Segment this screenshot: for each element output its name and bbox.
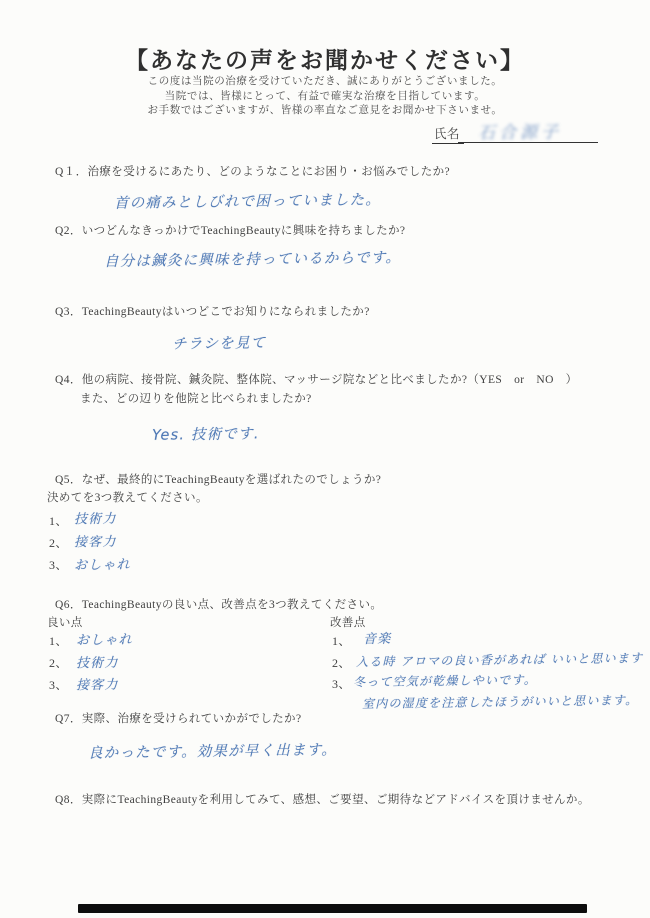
q6-good-points-header: 良い点 <box>47 614 83 630</box>
q5-item1-number: 1、 <box>49 512 68 529</box>
q7-answer: 良かったです。効果が早く出ます。 <box>88 738 337 762</box>
intro-line-2: 当院では、皆様にとって、有益で確実な治療を目指しています。 <box>0 89 650 104</box>
q5-item3-answer: おしゃれ <box>74 554 131 574</box>
q6-improve2-answer: 入る時 アロマの良い香があれば いいと思います <box>356 649 643 670</box>
q6-good3-number: 3、 <box>49 676 68 693</box>
intro-line-3: お手数ではございますが、皆様の率直なご意見をお聞かせ下さいませ。 <box>0 103 650 118</box>
q5-question-line1: Q5．なぜ、最終的にTeachingBeautyを選ばれたのでしょうか? <box>55 471 381 487</box>
q5-item2-answer: 接客力 <box>74 531 117 551</box>
q5-item2-number: 2、 <box>49 534 68 551</box>
q6-good3-answer: 接客力 <box>76 674 119 694</box>
survey-form-page: 【あなたの声をお聞かせください】 この度は当院の治療を受けていただき、誠にありが… <box>0 0 650 918</box>
q6-good2-answer: 技術力 <box>76 652 119 672</box>
name-handwritten-value: 石合源子 <box>478 117 562 143</box>
q5-item1-answer: 技術力 <box>74 508 117 528</box>
form-title: 【あなたの声をお聞かせください】 <box>0 42 650 75</box>
q6-improve3-answer-continued: 室内の湿度を注意したほうがいいと思います。 <box>362 691 638 712</box>
q5-item3-number: 3、 <box>49 556 68 573</box>
q2-question: Q2．いつどんなきっかけでTeachingBeautyに興味を持ちましたか? <box>55 222 405 238</box>
q7-question: Q7．実際、治療を受けられていかがでしたか? <box>55 710 301 726</box>
q6-good1-answer: おしゃれ <box>76 629 133 649</box>
q4-answer: Yes. 技術です. <box>152 422 260 445</box>
q8-question: Q8．実際にTeachingBeautyを利用してみて、感想、ご要望、ご期待など… <box>55 791 590 807</box>
q4-question-line2: また、どの辺りを他院と比べられましたか? <box>80 390 312 406</box>
q3-answer: チラシを見て <box>172 331 266 353</box>
q5-question-line2: 決めてを3つ教えてください。 <box>47 489 208 505</box>
q3-question: Q3．TeachingBeautyはいつどこでお知りになられましたか? <box>55 303 370 319</box>
intro-line-1: この度は当院の治療を受けていただき、誠にありがとうございました。 <box>0 74 650 89</box>
scan-edge-artifact-bar <box>78 904 587 913</box>
q2-answer: 自分は鍼灸に興味を持っているからです。 <box>104 246 401 271</box>
q6-improve2-number: 2、 <box>332 654 351 671</box>
q4-question-line1: Q4．他の病院、接骨院、鍼灸院、整体院、マッサージ院などと比べましたか?（YES… <box>55 371 578 387</box>
q6-good2-number: 2、 <box>49 654 68 671</box>
q6-improve3-answer: 冬って空気が乾燥しやいです。 <box>353 671 537 691</box>
q6-improve1-answer: 音楽 <box>363 628 392 647</box>
q1-question: Q１．治療を受けるにあたり、どのようなことにお困り・お悩みでしたか? <box>55 163 450 179</box>
q1-answer: 首の痛みとしびれで困っていました。 <box>114 188 381 213</box>
q6-question: Q6．TeachingBeautyの良い点、改善点を3つ教えてください。 <box>55 596 382 612</box>
q6-improve-points-header: 改善点 <box>330 614 366 630</box>
q6-improve3-number: 3、 <box>332 675 351 692</box>
q6-improve1-number: 1、 <box>332 632 351 649</box>
q6-good1-number: 1、 <box>49 632 68 649</box>
